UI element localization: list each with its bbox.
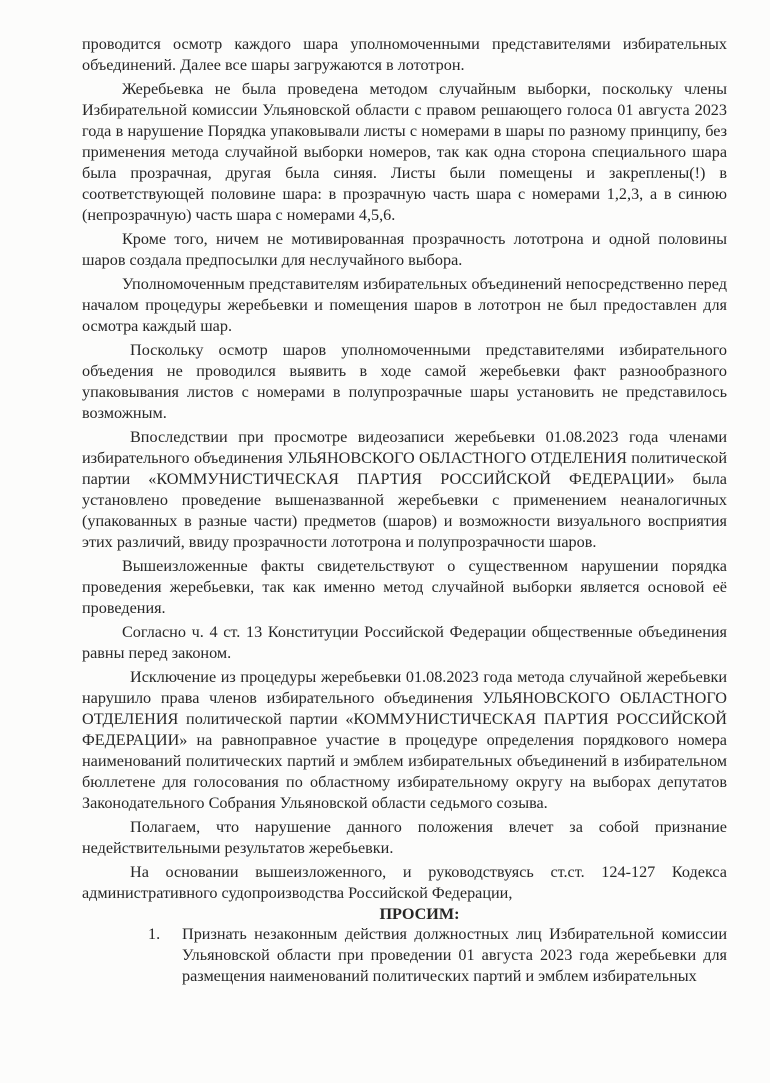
document-body: проводится осмотр каждого шара уполномоч… [82,34,727,987]
paragraph-transparency: Кроме того, ничем не мотивированная проз… [82,229,727,271]
request-number: 1. [148,924,160,945]
paragraph-continuation: проводится осмотр каждого шара уполномоч… [82,34,727,76]
paragraph-draw-method: Жеребьевка не была проведена методом слу… [82,79,727,226]
request-heading: ПРОСИМ: [82,904,727,924]
paragraph-violation: Вышеизложенные факты свидетельствуют о с… [82,556,727,619]
request-text: Признать незаконным действия должностных… [182,925,727,985]
paragraph-inspection: Уполномоченным представителям избиратель… [82,274,727,337]
request-list: 1. Признать незаконным действия должност… [82,924,727,987]
paragraph-video-review: Впоследствии при просмотре видеозаписи ж… [82,427,727,553]
paragraph-rights-violation: Исключение из процедуры жеребьевки 01.08… [82,667,727,814]
paragraph-constitution: Согласно ч. 4 ст. 13 Конституции Российс… [82,622,727,664]
paragraph-invalidation: Полагаем, что нарушение данного положени… [82,817,727,859]
paragraph-legal-basis: На основании вышеизложенного, и руководс… [82,862,727,904]
document-page: проводится осмотр каждого шара уполномоч… [0,0,770,1083]
request-item: 1. Признать незаконным действия должност… [82,924,727,987]
paragraph-inspection-consequence: Поскольку осмотр шаров уполномоченными п… [82,340,727,424]
